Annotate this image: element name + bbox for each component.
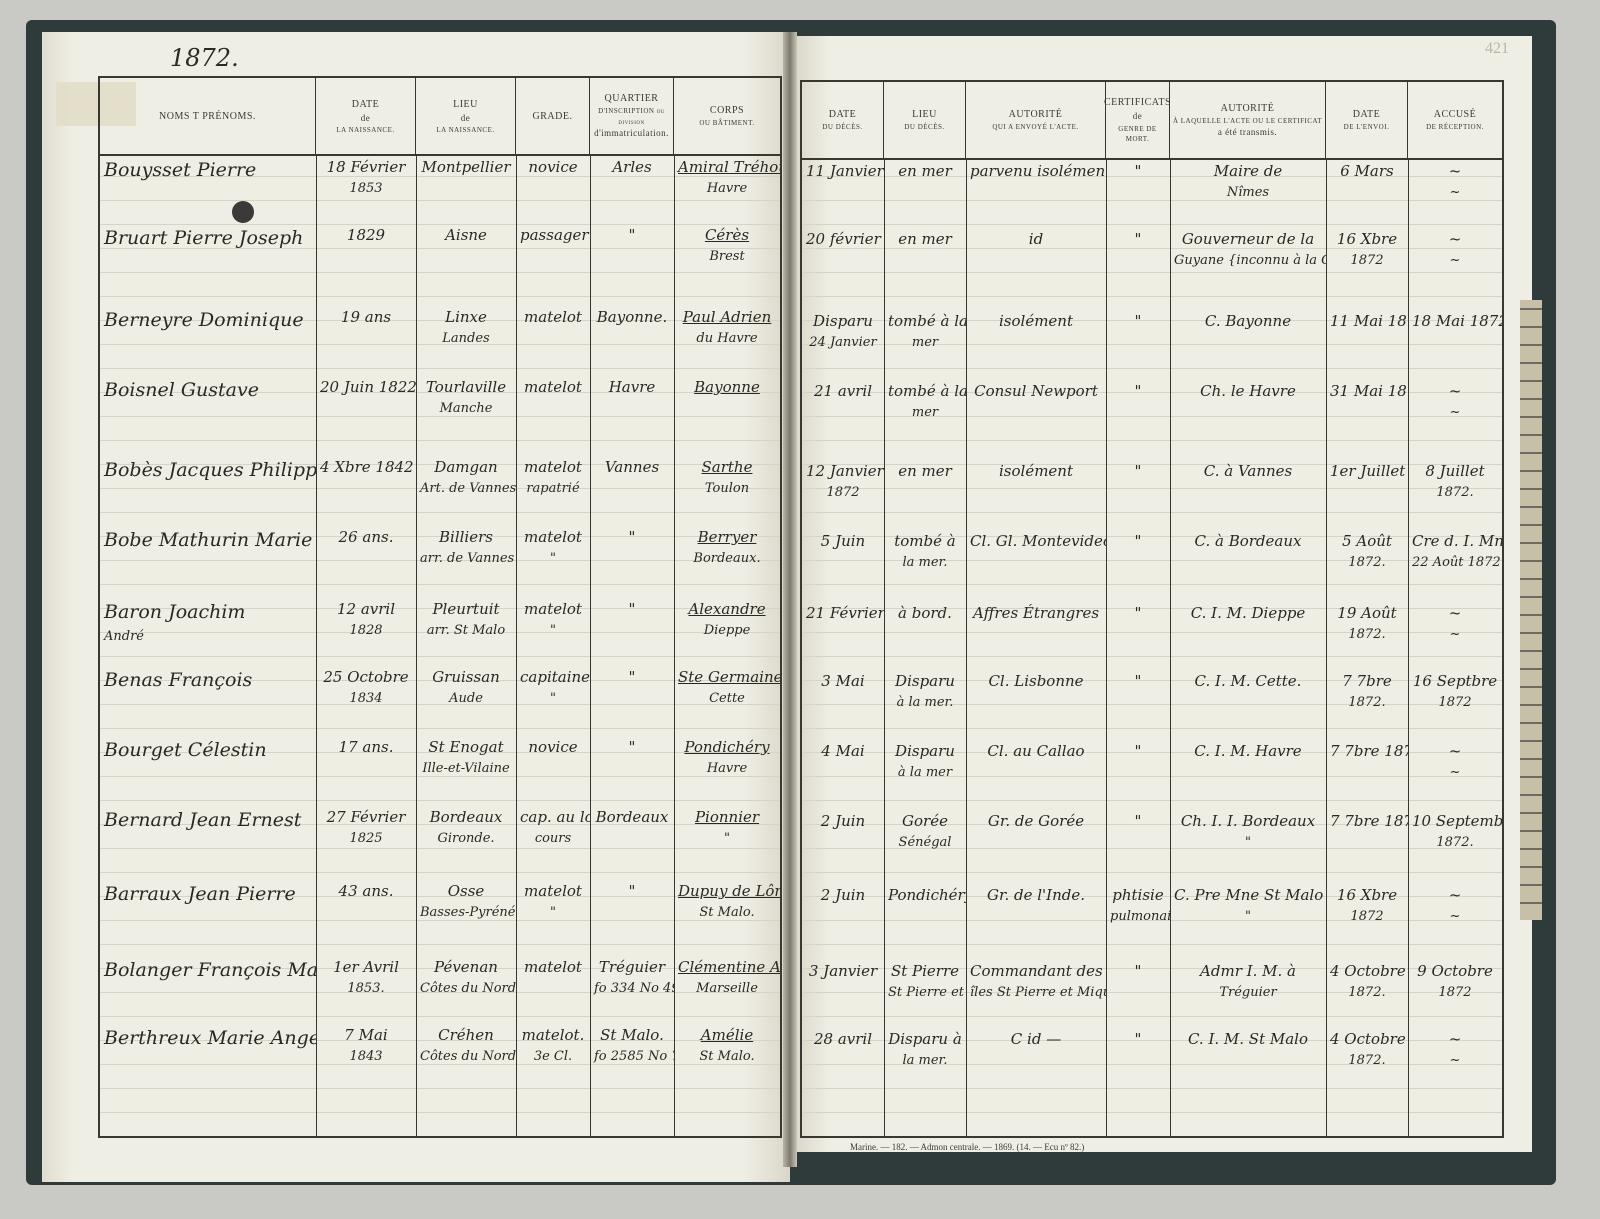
cell-birth-date: 19 ans: [316, 306, 416, 349]
cell-receiving-authority: C. à Vannes: [1170, 460, 1326, 503]
cell-name: Barraux Jean Pierre: [100, 880, 316, 923]
right-table-row: 2 JuinPondichéryGr. de l'Inde.phtisiepul…: [802, 884, 1502, 927]
header-date-envoi: DATEDE L'ENVOI.: [1326, 82, 1408, 158]
cell-grade: capitaine": [516, 666, 590, 709]
cell-send-date: 4 Octobre1872.: [1326, 960, 1408, 1003]
cell-quartier: Havre: [590, 376, 674, 419]
cell-death-place: en mer: [884, 160, 966, 203]
cell-death-date: 3 Mai: [802, 670, 884, 713]
header-grade: GRADE.: [516, 78, 590, 154]
cell-receipt: 8 Juillet1872.: [1408, 460, 1502, 503]
left-register-table: NOMS T PRÉNOMS. DATEdeLA NAISSANCE. LIEU…: [98, 76, 782, 1138]
cell-corps: Ste GermaineCette: [674, 666, 780, 709]
right-table-row: Disparu24 Janviertombé à lamerisolément"…: [802, 310, 1502, 353]
cell-death-place: GoréeSénégal: [884, 810, 966, 853]
cell-name: Bobès Jacques Philippe: [100, 456, 316, 499]
cell-death-date: 4 Mai: [802, 740, 884, 783]
cell-name: Bernard Jean Ernest: [100, 806, 316, 849]
cell-death-date: 21 avril: [802, 380, 884, 423]
cell-birth-date: 7 Mai1843: [316, 1024, 416, 1067]
cell-birth-place: DamganArt. de Vannes: [416, 456, 516, 499]
cell-send-date: 16 Xbre1872: [1326, 884, 1408, 927]
cell-grade: matelot: [516, 376, 590, 419]
cell-name: Boisnel Gustave: [100, 376, 316, 419]
header-quartier: QUARTIERD'INSCRIPTION ou divisiond'immat…: [590, 78, 674, 154]
cell-sending-authority: parvenu isolément: [966, 160, 1106, 203]
cell-send-date: 31 Mai 1872: [1326, 380, 1408, 423]
cell-birth-date: 43 ans.: [316, 880, 416, 923]
cell-grade: matelot": [516, 598, 590, 648]
cell-receiving-authority: C. I. M. Cette.: [1170, 670, 1326, 713]
right-table-row: 12 Janvier1872en merisolément"C. à Vanne…: [802, 460, 1502, 503]
cell-death-place: Disparuà la mer: [884, 740, 966, 783]
cell-death-date: Disparu24 Janvier: [802, 310, 884, 353]
cell-birth-date: 20 Juin 1822: [316, 376, 416, 419]
cell-death-date: 11 Janvier: [802, 160, 884, 203]
cell-sending-authority: Cl. Lisbonne: [966, 670, 1106, 713]
cell-send-date: 7 7bre 1872: [1326, 810, 1408, 853]
left-table-row: Bourget Célestin17 ans.St EnogatIlle-et-…: [100, 736, 780, 779]
cell-death-date: 21 Février: [802, 602, 884, 645]
cell-send-date: 19 Août1872.: [1326, 602, 1408, 645]
right-table-row: 4 MaiDisparuà la merCl. au Callao"C. I. …: [802, 740, 1502, 783]
cell-send-date: 4 Octobre1872.: [1326, 1028, 1408, 1071]
cell-birth-date: 27 Février1825: [316, 806, 416, 849]
cell-grade: matelot: [516, 306, 590, 349]
right-table-row: 3 JanvierSt PierreSt Pierre et MiquelonC…: [802, 960, 1502, 1003]
right-header-row: DATEDU DÉCÈS. LIEUDU DÉCÈS. AUTORITÉQUI …: [802, 82, 1502, 160]
cell-grade: matelotrapatrié: [516, 456, 590, 499]
cell-name: Berneyre Dominique: [100, 306, 316, 349]
header-lieu-naissance: LIEUdeLA NAISSANCE.: [416, 78, 516, 154]
cell-send-date: 16 Xbre1872: [1326, 228, 1408, 271]
header-corps: CORPSOU BÂTIMENT.: [674, 78, 780, 154]
cell-name: Bruart Pierre Joseph: [100, 224, 316, 267]
cell-receiving-authority: C. I. M. Dieppe: [1170, 602, 1326, 645]
cell-sending-authority: Affres Étrangres: [966, 602, 1106, 645]
cell-receiving-authority: C. I. M. Havre: [1170, 740, 1326, 783]
left-table-row: Bobès Jacques Philippe4 Xbre 1842DamganA…: [100, 456, 780, 499]
cell-receiving-authority: Admr I. M. àTréguier: [1170, 960, 1326, 1003]
cell-certificat: phtisiepulmonaire: [1106, 884, 1170, 927]
cell-corps: Amiral TréhouartHavre: [674, 156, 780, 199]
cell-birth-place: Montpellier: [416, 156, 516, 199]
cell-death-place: tombé à lamer: [884, 380, 966, 423]
cell-quartier: ": [590, 880, 674, 923]
cell-name: Bolanger François Marie: [100, 956, 316, 999]
cell-send-date: 7 7bre1872.: [1326, 670, 1408, 713]
left-header-row: NOMS T PRÉNOMS. DATEdeLA NAISSANCE. LIEU…: [100, 78, 780, 156]
right-table-row: 21 Févrierà bord.Affres Étrangres"C. I. …: [802, 602, 1502, 645]
header-noms: NOMS T PRÉNOMS.: [100, 78, 316, 154]
cell-quartier: Arles: [590, 156, 674, 199]
cell-birth-date: 1829: [316, 224, 416, 267]
cell-receiving-authority: C. I. M. St Malo: [1170, 1028, 1326, 1071]
cell-birth-place: LinxeLandes: [416, 306, 516, 349]
cell-certificat: ": [1106, 310, 1170, 353]
cell-birth-place: PévenanCôtes du Nord.: [416, 956, 516, 999]
cell-birth-place: Billiersarr. de Vannes: [416, 526, 516, 569]
left-table-row: Baron JoachimAndré12 avril1828Pleurtuita…: [100, 598, 780, 648]
cell-name: Bourget Célestin: [100, 736, 316, 779]
cell-quartier: Bordeaux: [590, 806, 674, 849]
cell-certificat: ": [1106, 160, 1170, 203]
cell-death-date: 3 Janvier: [802, 960, 884, 1003]
cell-quartier: Vannes: [590, 456, 674, 499]
cell-grade: matelot: [516, 956, 590, 999]
cell-death-date: 5 Juin: [802, 530, 884, 573]
cell-corps: SartheToulon: [674, 456, 780, 499]
cell-receiving-authority: C. Pre Mne St Malo": [1170, 884, 1326, 927]
cell-sending-authority: isolément: [966, 460, 1106, 503]
folio-number: 421: [1485, 40, 1509, 58]
book-spine: [783, 32, 797, 1167]
cell-quartier: ": [590, 224, 674, 267]
cell-corps: Dupuy de LômeSt Malo.: [674, 880, 780, 923]
ink-dot: [232, 201, 254, 223]
cell-birth-date: 12 avril1828: [316, 598, 416, 648]
cell-receiving-authority: Ch. I. I. Bordeaux": [1170, 810, 1326, 853]
cell-name: Baron JoachimAndré: [100, 598, 316, 648]
cell-birth-date: 4 Xbre 1842: [316, 456, 416, 499]
cell-receipt: ~~: [1408, 884, 1502, 927]
cell-death-date: 20 février: [802, 228, 884, 271]
cell-receiving-authority: Ch. le Havre: [1170, 380, 1326, 423]
cell-receipt: ~~: [1408, 228, 1502, 271]
cell-corps: Bayonne: [674, 376, 780, 419]
cell-sending-authority: Cl. au Callao: [966, 740, 1106, 783]
cell-grade: passager: [516, 224, 590, 267]
cell-quartier: ": [590, 598, 674, 648]
cell-death-date: 2 Juin: [802, 810, 884, 853]
cell-quartier: St Malo.fo 2585 No 765: [590, 1024, 674, 1067]
cell-corps: Clémentine AliceMarseille: [674, 956, 780, 999]
cell-receiving-authority: Maire deNîmes: [1170, 160, 1326, 203]
cell-grade: cap. au longcours: [516, 806, 590, 849]
cell-death-date: 2 Juin: [802, 884, 884, 927]
cell-receipt: 18 Mai 1872: [1408, 310, 1502, 353]
left-table-row: Benas François25 Octobre1834GruissanAude…: [100, 666, 780, 709]
cell-quartier: Tréguierfo 334 No 497: [590, 956, 674, 999]
right-table-row: 11 Janvieren merparvenu isolément"Maire …: [802, 160, 1502, 203]
cell-death-place: Disparuà la mer.: [884, 670, 966, 713]
cell-send-date: 5 Août1872.: [1326, 530, 1408, 573]
cell-death-place: en mer: [884, 460, 966, 503]
right-table-row: 20 févrieren merid"Gouverneur de laGuyan…: [802, 228, 1502, 271]
cell-receipt: ~~: [1408, 602, 1502, 645]
header-accuse: ACCUSÉDE RÉCEPTION.: [1408, 82, 1502, 158]
header-date-deces: DATEDU DÉCÈS.: [802, 82, 884, 158]
cell-birth-place: CréhenCôtes du Nord.: [416, 1024, 516, 1067]
cell-sending-authority: isolément: [966, 310, 1106, 353]
right-table-row: 5 Juintombé àla mer.Cl. Gl. Montevideo."…: [802, 530, 1502, 573]
cell-birth-place: Pleurtuitarr. St Malo: [416, 598, 516, 648]
cell-quartier: ": [590, 526, 674, 569]
cell-death-place: en mer: [884, 228, 966, 271]
cell-death-date: 12 Janvier1872: [802, 460, 884, 503]
printer-footer: Marine. — 182. — Admon centrale. — 1869.…: [850, 1142, 1084, 1152]
cell-certificat: ": [1106, 810, 1170, 853]
cell-certificat: ": [1106, 670, 1170, 713]
right-table-row: 3 MaiDisparuà la mer.Cl. Lisbonne"C. I. …: [802, 670, 1502, 713]
cell-sending-authority: Cl. Gl. Montevideo.: [966, 530, 1106, 573]
cell-receiving-authority: C. à Bordeaux: [1170, 530, 1326, 573]
cell-receipt: ~~: [1408, 160, 1502, 203]
cell-sending-authority: id: [966, 228, 1106, 271]
cell-name: Bouysset Pierre: [100, 156, 316, 199]
cell-quartier: ": [590, 666, 674, 709]
cell-certificat: ": [1106, 228, 1170, 271]
cell-birth-place: Aisne: [416, 224, 516, 267]
register-year: 1872.: [170, 44, 239, 72]
cell-quartier: Bayonne.: [590, 306, 674, 349]
cell-name: Benas François: [100, 666, 316, 709]
cell-sending-authority: Consul Newport: [966, 380, 1106, 423]
cell-corps: Paul Adriendu Havre: [674, 306, 780, 349]
cell-birth-place: St EnogatIlle-et-Vilaine: [416, 736, 516, 779]
header-autorite-envoi: AUTORITÉQUI A ENVOYÉ L'ACTE.: [966, 82, 1106, 158]
cell-corps: AlexandreDieppe: [674, 598, 780, 648]
cell-birth-place: GruissanAude: [416, 666, 516, 709]
cell-death-place: tombé àla mer.: [884, 530, 966, 573]
cell-send-date: 11 Mai 1872: [1326, 310, 1408, 353]
cell-sending-authority: Gr. de Gorée: [966, 810, 1106, 853]
cell-name: Bobe Mathurin Marie: [100, 526, 316, 569]
cell-send-date: 1er Juillet 1872: [1326, 460, 1408, 503]
cell-birth-date: 26 ans.: [316, 526, 416, 569]
cell-receipt: 9 Octobre1872: [1408, 960, 1502, 1003]
right-table-row: 21 avriltombé à lamerConsul Newport"Ch. …: [802, 380, 1502, 423]
cell-certificat: ": [1106, 380, 1170, 423]
cell-birth-place: BordeauxGironde.: [416, 806, 516, 849]
header-lieu-deces: LIEUDU DÉCÈS.: [884, 82, 966, 158]
cell-receiving-authority: C. Bayonne: [1170, 310, 1326, 353]
cell-send-date: 6 Mars: [1326, 160, 1408, 203]
left-table-row: Barraux Jean Pierre43 ans.OsseBasses-Pyr…: [100, 880, 780, 923]
cell-certificat: ": [1106, 602, 1170, 645]
cell-certificat: ": [1106, 740, 1170, 783]
cell-grade: matelot.3e Cl.: [516, 1024, 590, 1067]
right-register-table: DATEDU DÉCÈS. LIEUDU DÉCÈS. AUTORITÉQUI …: [800, 80, 1504, 1138]
cell-grade: novice: [516, 736, 590, 779]
cell-receipt: ~~: [1408, 380, 1502, 423]
cell-sending-authority: Commandant desîles St Pierre et Miquelon: [966, 960, 1106, 1003]
cell-corps: Pionnier": [674, 806, 780, 849]
cell-certificat: ": [1106, 1028, 1170, 1071]
cell-death-place: Pondichéry: [884, 884, 966, 927]
header-date-naissance: DATEdeLA NAISSANCE.: [316, 78, 416, 154]
cell-birth-place: TourlavilleManche: [416, 376, 516, 419]
cell-receiving-authority: Gouverneur de laGuyane {inconnu à la Guy…: [1170, 228, 1326, 271]
cell-grade: matelot": [516, 880, 590, 923]
cell-receipt: ~~: [1408, 740, 1502, 783]
cell-death-place: à bord.: [884, 602, 966, 645]
cell-corps: CérèsBrest: [674, 224, 780, 267]
cell-certificat: ": [1106, 460, 1170, 503]
cell-certificat: ": [1106, 960, 1170, 1003]
cell-corps: AmélieSt Malo.: [674, 1024, 780, 1067]
cell-death-place: St PierreSt Pierre et Miquelon: [884, 960, 966, 1003]
cell-grade: matelot": [516, 526, 590, 569]
right-table-row: 28 avrilDisparu àla mer.C id —"C. I. M. …: [802, 1028, 1502, 1071]
header-autorite-transmis: AUTORITÉÀ LAQUELLE L'ACTE OU LE CERTIFIC…: [1170, 82, 1326, 158]
cell-death-place: Disparu àla mer.: [884, 1028, 966, 1071]
right-table-row: 2 JuinGoréeSénégalGr. de Gorée"Ch. I. I.…: [802, 810, 1502, 853]
header-certificats: CERTIFICATSdeGENRE DE MORT.: [1106, 82, 1170, 158]
cell-receipt: 10 Septembre1872.: [1408, 810, 1502, 853]
cell-birth-date: 25 Octobre1834: [316, 666, 416, 709]
cell-receipt: ~~: [1408, 1028, 1502, 1071]
left-table-row: Berthreux Marie Ange7 Mai1843CréhenCôtes…: [100, 1024, 780, 1067]
cell-death-place: tombé à lamer: [884, 310, 966, 353]
cell-corps: BerryerBordeaux.: [674, 526, 780, 569]
cell-quartier: ": [590, 736, 674, 779]
left-table-row: Bouysset Pierre18 Février1853Montpellier…: [100, 156, 780, 199]
cell-birth-date: 18 Février1853: [316, 156, 416, 199]
cell-corps: PondichéryHavre: [674, 736, 780, 779]
cell-receipt: Cre d. I. Mne à Vannes22 Août 1872: [1408, 530, 1502, 573]
left-table-row: Bruart Pierre Joseph1829Aisnepassager"Cé…: [100, 224, 780, 267]
left-table-row: Bolanger François Marie1er Avril1853.Pév…: [100, 956, 780, 999]
cell-sending-authority: C id —: [966, 1028, 1106, 1071]
left-table-row: Boisnel Gustave20 Juin 1822TourlavilleMa…: [100, 376, 780, 419]
index-tabs: [1520, 300, 1542, 920]
cell-receipt: 16 Septbre1872: [1408, 670, 1502, 713]
cell-sending-authority: Gr. de l'Inde.: [966, 884, 1106, 927]
cell-send-date: 7 7bre 1872.: [1326, 740, 1408, 783]
cell-death-date: 28 avril: [802, 1028, 884, 1071]
cell-name: Berthreux Marie Ange: [100, 1024, 316, 1067]
cell-birth-date: 17 ans.: [316, 736, 416, 779]
left-table-row: Bobe Mathurin Marie26 ans.Billiersarr. d…: [100, 526, 780, 569]
left-table-row: Bernard Jean Ernest27 Février1825Bordeau…: [100, 806, 780, 849]
cell-birth-date: 1er Avril1853.: [316, 956, 416, 999]
cell-certificat: ": [1106, 530, 1170, 573]
left-table-row: Berneyre Dominique19 ansLinxeLandesmatel…: [100, 306, 780, 349]
cell-grade: novice: [516, 156, 590, 199]
cell-birth-place: OsseBasses-Pyrénées: [416, 880, 516, 923]
